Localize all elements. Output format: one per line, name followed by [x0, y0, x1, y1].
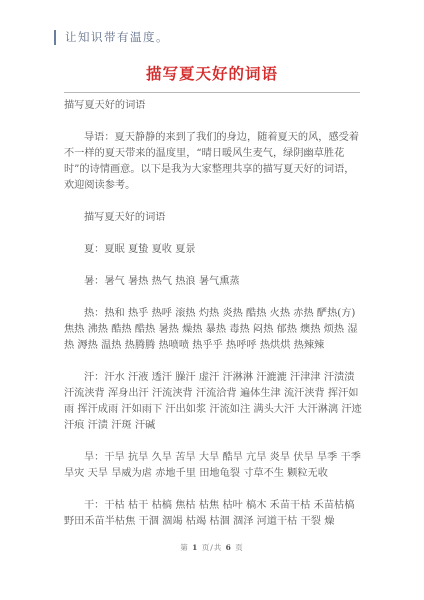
section-heat-summer: 暑：暑气 暑热 热气 热浪 暑气熏蒸 [64, 274, 362, 290]
section-sweat: 汗：汗水 汗液 透汗 臊汗 虚汗 汗淋淋 汗漉漉 汗津津 汗渍渍 汗流浃背 浑身… [64, 370, 362, 434]
footer-prefix: 第 [180, 543, 189, 552]
subheading: 描写夏天好的词语 [64, 210, 362, 226]
header-accent-bar [54, 30, 56, 45]
section-drought: 旱：干旱 抗旱 久旱 苦旱 大旱 酷旱 亢旱 炎旱 伏旱 旱季 干季 旱灾 天旱… [64, 450, 362, 482]
section-hot: 热：热和 热乎 热呼 滚热 灼热 炎热 酷热 火热 赤热 酽热(方)焦热 沸热 … [64, 306, 362, 354]
footer-suffix: 页 [235, 543, 244, 552]
page-footer: 第 1 页/共 6 页 [0, 542, 424, 553]
current-page-number: 1 [192, 543, 198, 552]
section-dry: 干：干枯 枯干 枯槁 焦枯 枯焦 枯叶 槁木 禾苗干枯 禾苗枯槁 野田禾苗半枯焦… [64, 498, 362, 530]
title-divider [64, 92, 360, 93]
header-slogan: 让知识带有温度。 [65, 29, 169, 45]
total-pages-number: 6 [226, 543, 232, 552]
heading-line: 描写夏天好的词语 [64, 98, 362, 114]
document-title: 描写夏天好的词语 [0, 62, 424, 84]
section-summer: 夏：夏眠 夏蛰 夏收 夏景 [64, 242, 362, 258]
footer-middle: 页/共 [202, 543, 223, 552]
page-header: 让知识带有温度。 [54, 29, 169, 45]
intro-paragraph: 导语：夏天静静的来到了我们的身边，随着夏天的风，感受着不一样的夏天带来的温度里，… [64, 130, 362, 194]
document-body: 描写夏天好的词语 导语：夏天静静的来到了我们的身边，随着夏天的风，感受着不一样的… [64, 98, 362, 546]
